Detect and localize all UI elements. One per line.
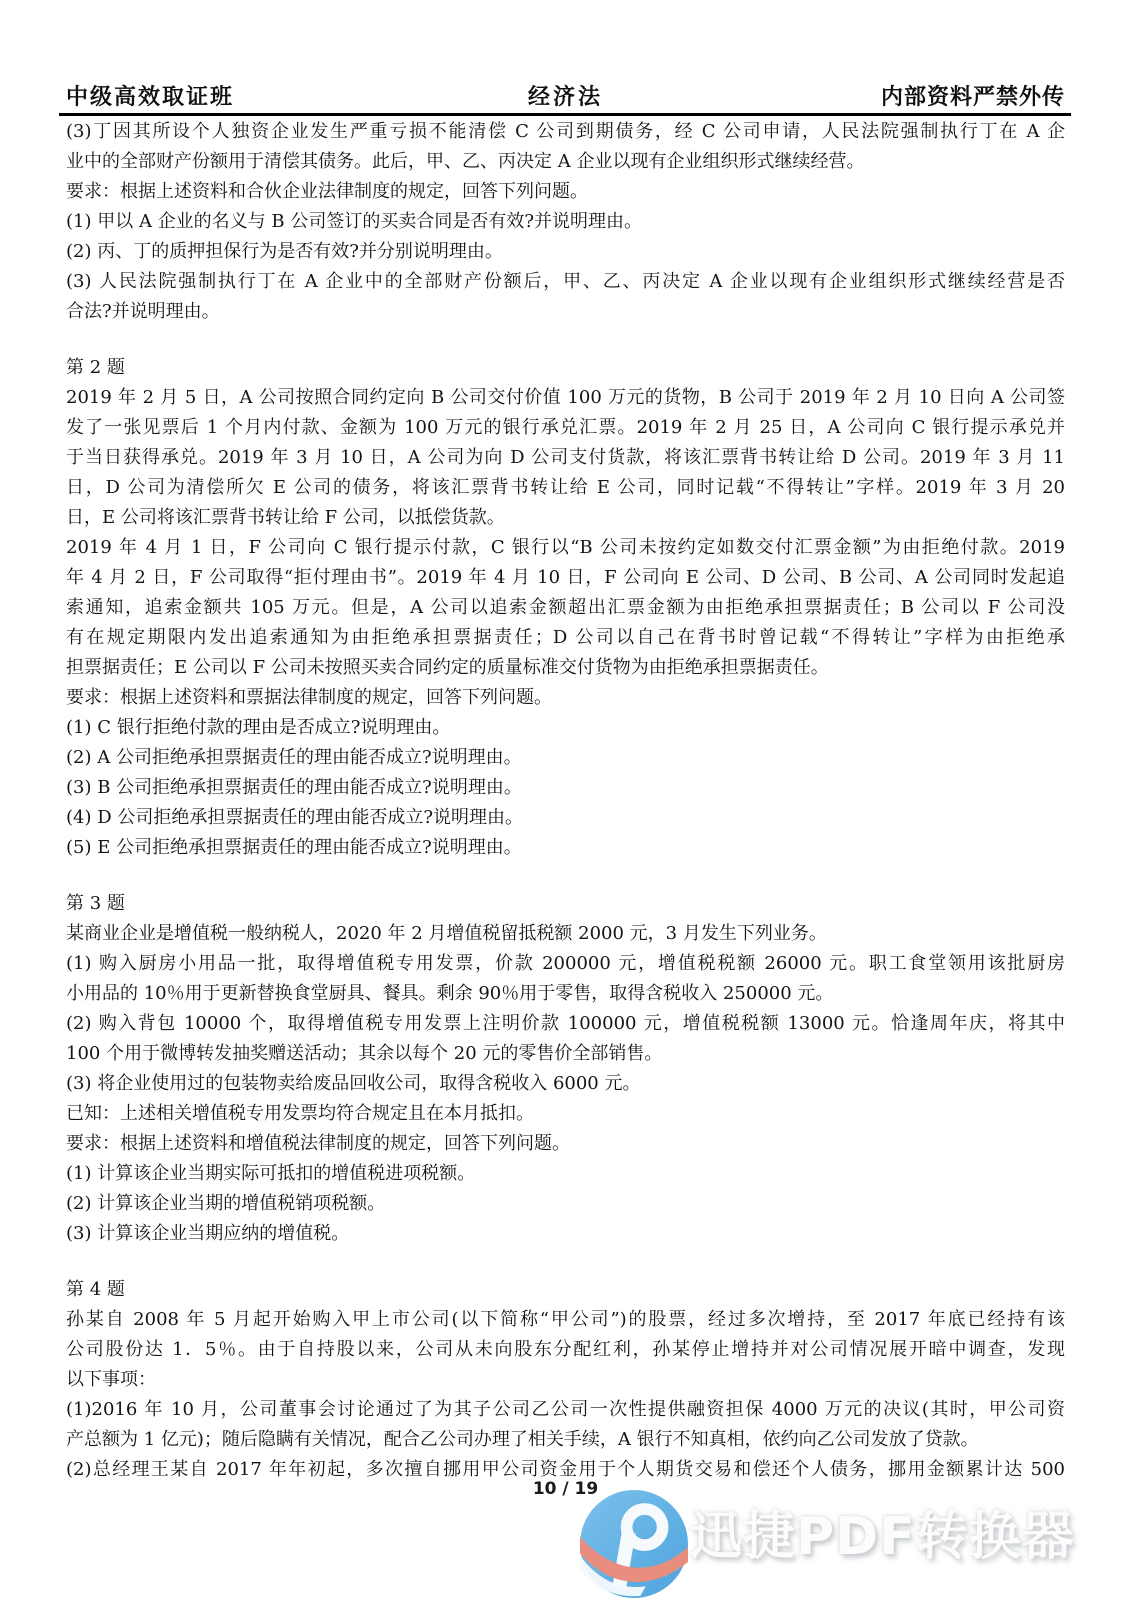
header-confidential-notice: 内部资料严禁外传: [881, 80, 1065, 111]
section-heading-q3: 第 3 题: [66, 889, 1065, 919]
text-line: (3) 计算该企业当期应纳的增值税。: [66, 1219, 1065, 1249]
text-line: (1) 计算该企业当期实际可抵扣的增值税进项税额。: [66, 1159, 1065, 1189]
watermark: 迅捷PDF转换器: [580, 1490, 1075, 1598]
text-line: (5) E 公司拒绝承担票据责任的理由能否成立?说明理由。: [66, 833, 1065, 863]
section-heading-q4: 第 4 题: [66, 1275, 1065, 1305]
text-line: 日，D 公司为清偿所欠 E 公司的债务，将该汇票背书转让给 E 公司，同时记载“…: [66, 473, 1065, 503]
text-line: 发了一张见票后 1 个月内付款、金额为 100 万元的银行承兑汇票。2019 年…: [66, 413, 1065, 443]
blank-line: [66, 327, 1065, 353]
text-line: 担票据责任；E 公司以 F 公司未按照买卖合同约定的质量标准交付货物为由拒绝承担…: [66, 653, 1065, 683]
text-line: (1) 购入厨房小用品一批，取得增值税专用发票，价款 200000 元，增值税税…: [66, 949, 1065, 979]
text-line: 日，E 公司将该汇票背书转让给 F 公司，以抵偿货款。: [66, 503, 1065, 533]
header-course-name: 中级高效取证班: [66, 80, 234, 111]
text-line: 产总额为 1 亿元)；随后隐瞒有关情况，配合乙公司办理了相关手续，A 银行不知真…: [66, 1425, 1065, 1455]
text-line: (3) 将企业使用过的包装物卖给废品回收公司，取得含税收入 6000 元。: [66, 1069, 1065, 1099]
text-line: 索通知，追索金额共 105 万元。但是，A 公司以追索金额超出汇票金额为由拒绝承…: [66, 593, 1065, 623]
text-line: 小用品的 10％用于更新替换食堂厨具、餐具。剩余 90％用于零售，取得含税收入 …: [66, 979, 1065, 1009]
document-page: 中级高效取证班 经济法 内部资料严禁外传 (3)丁因其所设个人独资企业发生严重亏…: [0, 0, 1131, 1600]
text-line: 要求：根据上述资料和票据法律制度的规定，回答下列问题。: [66, 683, 1065, 713]
text-line: 2019 年 2 月 5 日，A 公司按照合同约定向 B 公司交付价值 100 …: [66, 383, 1065, 413]
text-line: 已知：上述相关增值税专用发票均符合规定且在本月抵扣。: [66, 1099, 1065, 1129]
text-line: 业中的全部财产份额用于清偿其债务。此后，甲、乙、丙决定 A 企业以现有企业组织形…: [66, 147, 1065, 177]
blank-line: [66, 1249, 1065, 1275]
text-line: 要求：根据上述资料和增值税法律制度的规定，回答下列问题。: [66, 1129, 1065, 1159]
text-line: (2) 丙、丁的质押担保行为是否有效?并分别说明理由。: [66, 237, 1065, 267]
text-line: (1) 甲以 A 企业的名义与 B 公司签订的买卖合同是否有效?并说明理由。: [66, 207, 1065, 237]
text-line: (1) C 银行拒绝付款的理由是否成立?说明理由。: [66, 713, 1065, 743]
text-line: (3) 人民法院强制执行丁在 A 企业中的全部财产份额后，甲、乙、丙决定 A 企…: [66, 267, 1065, 297]
text-line: (2) A 公司拒绝承担票据责任的理由能否成立?说明理由。: [66, 743, 1065, 773]
text-line: 以下事项：: [66, 1365, 1065, 1395]
text-line: (3) B 公司拒绝承担票据责任的理由能否成立?说明理由。: [66, 773, 1065, 803]
pdf-converter-logo-icon: [580, 1490, 688, 1598]
page-header: 中级高效取证班 经济法 内部资料严禁外传: [66, 80, 1065, 110]
page-number: 10 / 19: [0, 1479, 1131, 1499]
text-line: 2019 年 4 月 1 日，F 公司向 C 银行提示付款，C 银行以“B 公司…: [66, 533, 1065, 563]
document-body: (3)丁因其所设个人独资企业发生严重亏损不能清偿 C 公司到期债务，经 C 公司…: [66, 117, 1065, 1485]
text-line: 要求：根据上述资料和合伙企业法律制度的规定，回答下列问题。: [66, 177, 1065, 207]
text-line: (2) 计算该企业当期的增值税销项税额。: [66, 1189, 1065, 1219]
text-line: 某商业企业是增值税一般纳税人，2020 年 2 月增值税留抵税额 2000 元，…: [66, 919, 1065, 949]
text-line: 有在规定期限内发出追索通知为由拒绝承担票据责任；D 公司以自己在背书时曾记载“不…: [66, 623, 1065, 653]
text-line: (4) D 公司拒绝承担票据责任的理由能否成立?说明理由。: [66, 803, 1065, 833]
text-line: 孙某自 2008 年 5 月起开始购入甲上市公司(以下简称“甲公司”)的股票，经…: [66, 1305, 1065, 1335]
blank-line: [66, 863, 1065, 889]
text-line: 于当日获得承兑。2019 年 3 月 10 日，A 公司为向 D 公司支付货款，…: [66, 443, 1065, 473]
watermark-text: 迅捷PDF转换器: [690, 1494, 1075, 1569]
header-subject-name: 经济法: [528, 80, 603, 111]
text-line: (2) 购入背包 10000 个，取得增值税专用发票上注明价款 100000 元…: [66, 1009, 1065, 1039]
text-line: 合法?并说明理由。: [66, 297, 1065, 327]
text-line: (3)丁因其所设个人独资企业发生严重亏损不能清偿 C 公司到期债务，经 C 公司…: [66, 117, 1065, 147]
text-line: (1)2016 年 10 月，公司董事会讨论通过了为其子公司乙公司一次性提供融资…: [66, 1395, 1065, 1425]
text-line: 公司股份达 1．5％。由于自持股以来，公司从未向股东分配红利，孙某停止增持并对公…: [66, 1335, 1065, 1365]
text-line: 100 个用于微博转发抽奖赠送活动；其余以每个 20 元的零售价全部销售。: [66, 1039, 1065, 1069]
text-line: 年 4 月 2 日，F 公司取得“拒付理由书”。2019 年 4 月 10 日，…: [66, 563, 1065, 593]
header-divider: [59, 113, 1071, 116]
section-heading-q2: 第 2 题: [66, 353, 1065, 383]
